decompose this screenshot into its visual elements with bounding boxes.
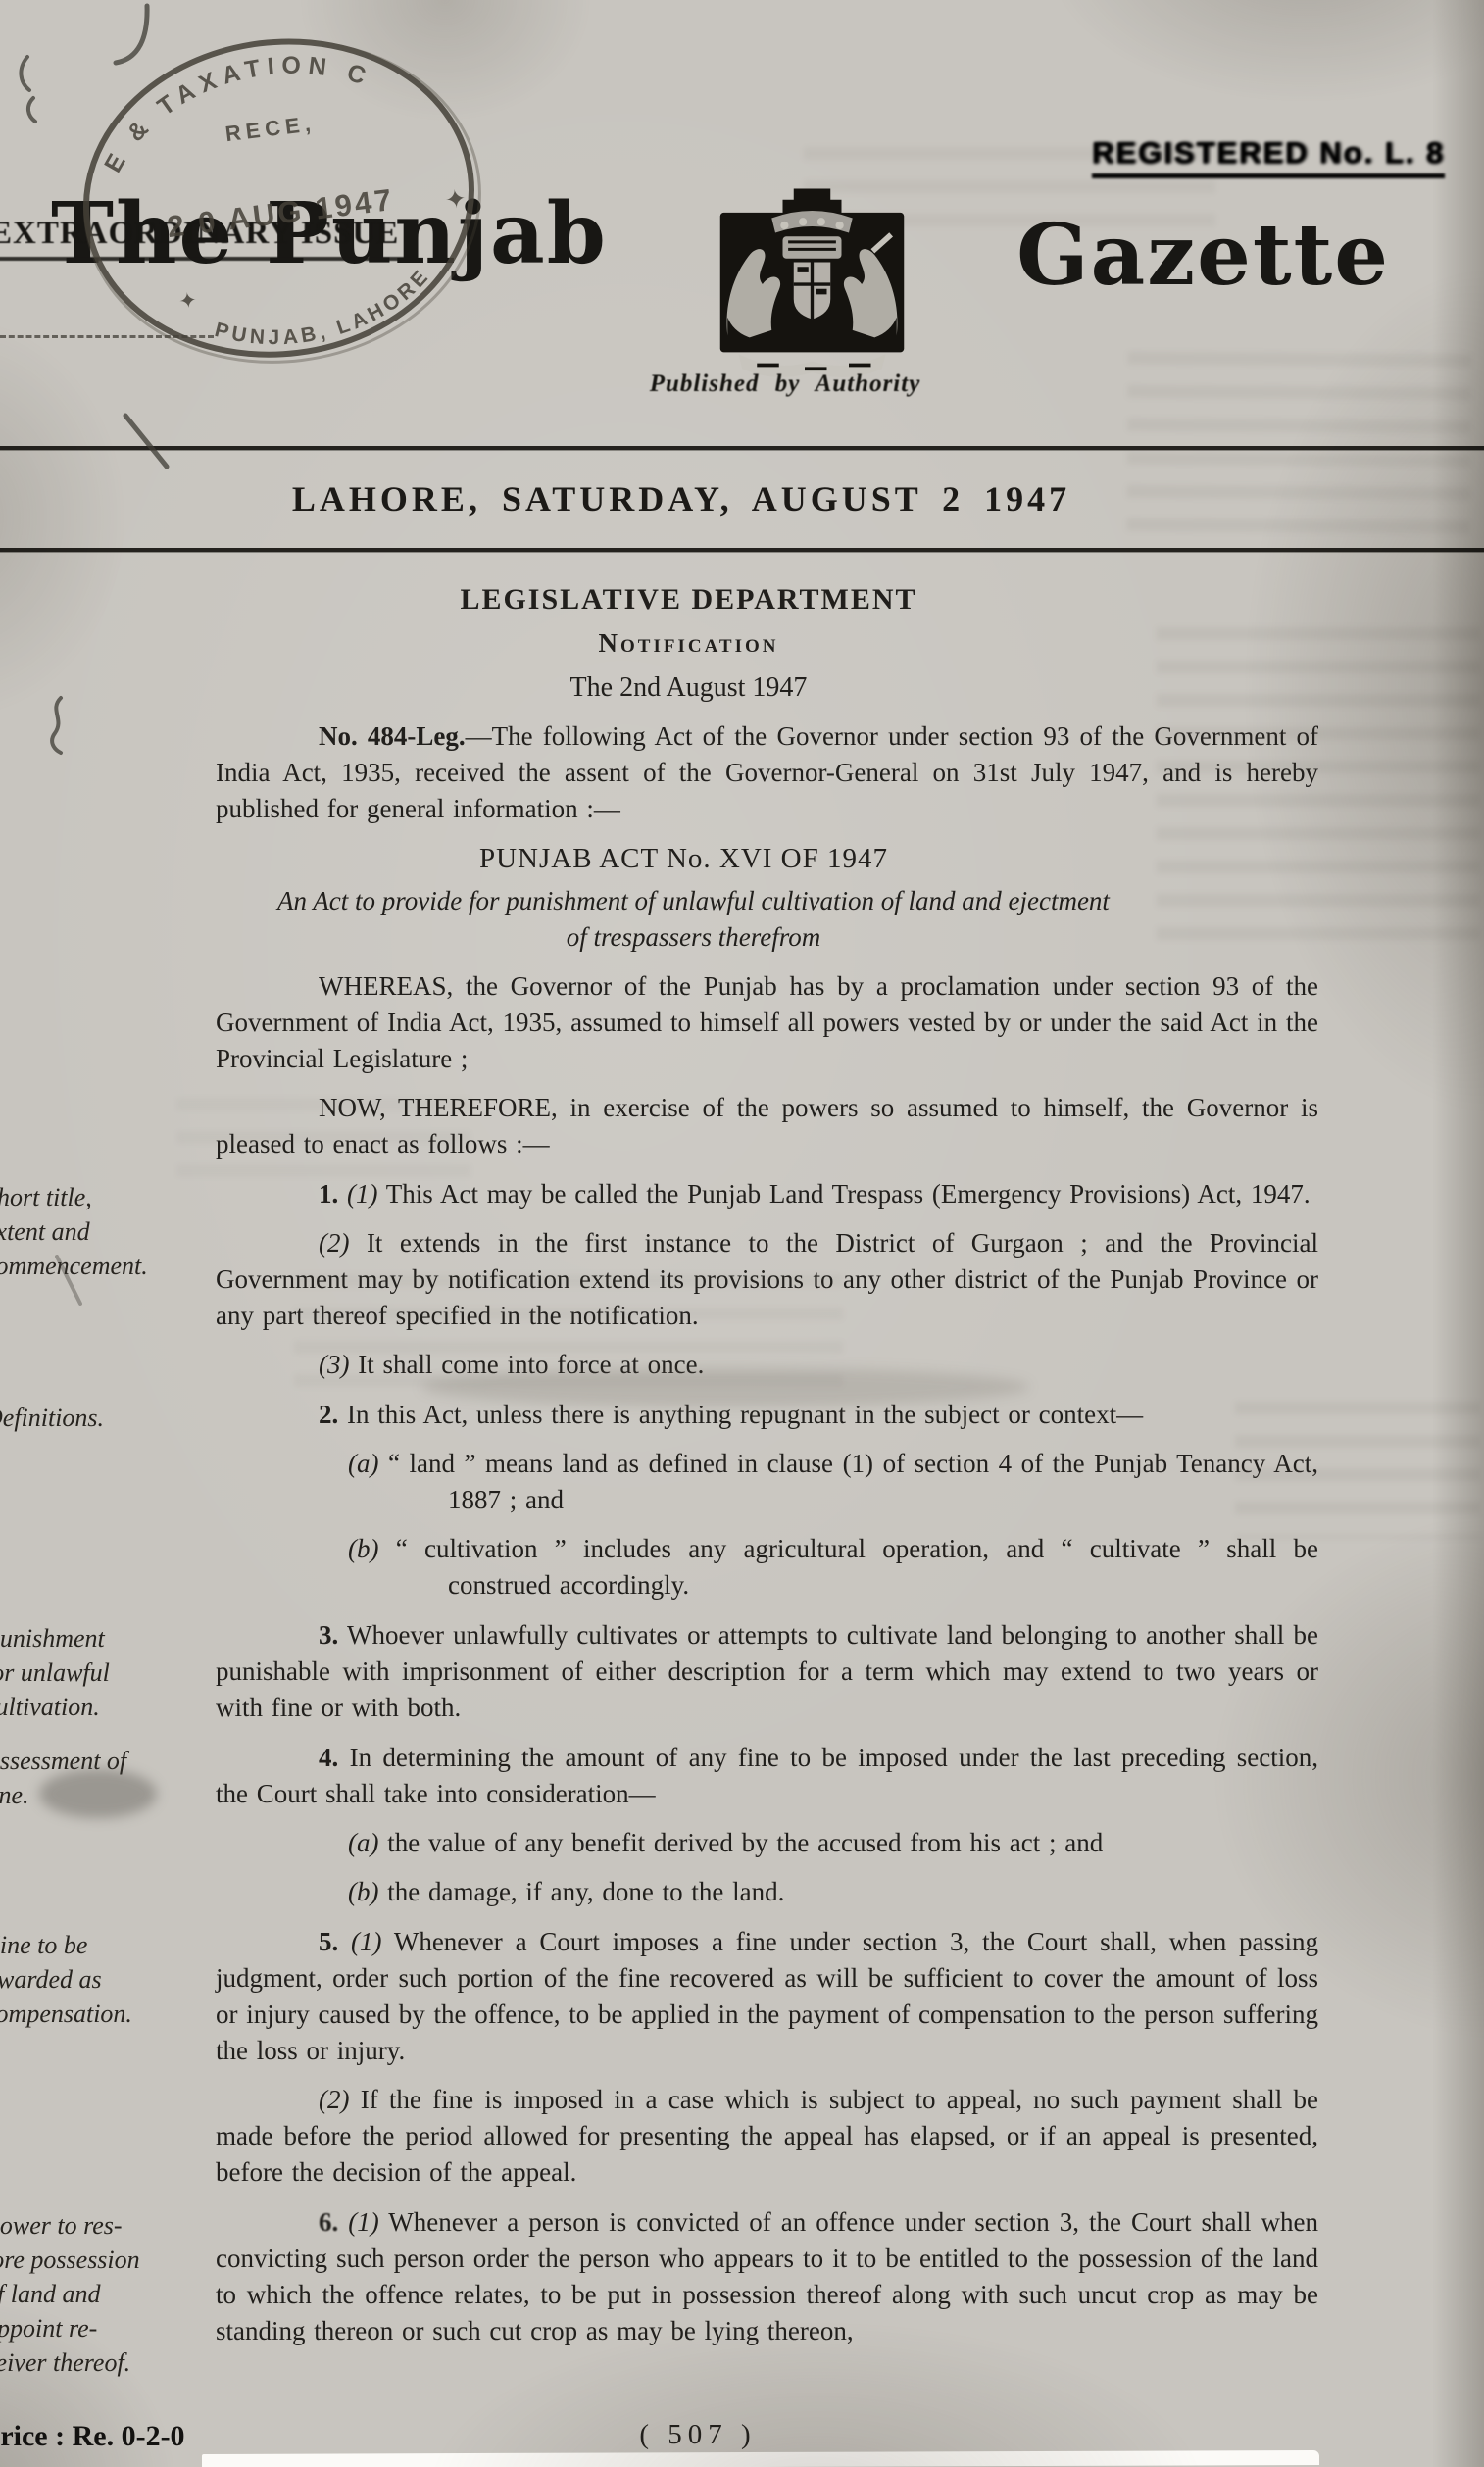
act-section-2: Definitions. 2. In this Act, unless ther… — [0, 1397, 1318, 1604]
margin-note-fine-compensation: Fine to be awarded as compensation. — [0, 1928, 198, 2031]
dateline-band: LAHORE, SATURDAY, AUGUST 2 1947 — [0, 450, 1484, 548]
margin-note-assessment: Assessment of fine. — [0, 1744, 198, 1812]
section-number: 2. — [319, 1400, 338, 1429]
notification-block: LEGISLATIVE DEPARTMENT Notification The … — [0, 575, 1318, 1162]
section-number: 1. — [319, 1179, 338, 1209]
royal-crest-icon — [702, 186, 922, 382]
act-long-title: An Act to provide for punishment of unla… — [216, 883, 1318, 956]
clause-b: (b) the damage, if any, done to the land… — [348, 1874, 1318, 1910]
notification-number: No. 484-Leg. — [319, 721, 466, 751]
section-text: This Act may be called the Punjab Land T… — [386, 1179, 1311, 1209]
section-paragraph: 3. Whoever unlawfully cultivates or atte… — [216, 1617, 1318, 1726]
section-paragraph: 2. In this Act, unless there is anything… — [216, 1397, 1318, 1433]
section-text: Whenever a person is convicted of an off… — [216, 2207, 1318, 2345]
svg-text:✦: ✦ — [443, 183, 468, 215]
section-paragraph: 6. (1) Whenever a person is convicted of… — [216, 2204, 1318, 2349]
section-number: 3. — [319, 1620, 338, 1650]
masthead-header: EXTRAORDINARY ISSUE REGISTERED No. L. 8 … — [0, 0, 1484, 446]
section-text: In this Act, unless there is anything re… — [347, 1400, 1143, 1429]
act-section-5: Fine to be awarded as compensation. 5. (… — [0, 1924, 1318, 2191]
act-section-6: Power to res- tore possession of land an… — [0, 2204, 1318, 2376]
preamble-whereas: WHEREAS, the Governor of the Punjab has … — [216, 968, 1318, 1077]
section-number: 4. — [319, 1743, 338, 1772]
masthead-title-right: Gazette — [1016, 214, 1390, 298]
section-paragraph: (2) If the fine is imposed in a case whi… — [216, 2082, 1318, 2191]
section-paragraph: 4. In determining the amount of any fine… — [216, 1740, 1318, 1812]
clause-text: “ cultivation ” includes any agricultura… — [396, 1534, 1318, 1600]
section-text: It extends in the first instance to the … — [216, 1228, 1318, 1330]
section-text: It shall come into force at once. — [358, 1350, 704, 1379]
page-number: ( 507 ) — [600, 2419, 796, 2451]
price-label: Price : Re. 0-2-0 — [0, 2420, 185, 2453]
section-paragraph: (3) It shall come into force at once. — [216, 1347, 1318, 1383]
department-heading: LEGISLATIVE DEPARTMENT — [216, 581, 1318, 617]
svg-text:RECE,: RECE, — [223, 111, 317, 146]
clause-a: (a) the value of any benefit derived by … — [348, 1825, 1318, 1861]
clause-letter: (a) — [348, 1828, 378, 1857]
section-number: 6. — [319, 2207, 338, 2237]
svg-text:E & TAXATION C: E & TAXATION C — [88, 40, 385, 180]
section-number: 5. — [319, 1927, 338, 1956]
registered-stamp: REGISTERED No. L. 8 — [1092, 135, 1445, 178]
svg-text:✦: ✦ — [177, 287, 198, 314]
act-body: LEGISLATIVE DEPARTMENT Notification The … — [0, 552, 1484, 2376]
subsection-number: (3) — [319, 1350, 349, 1379]
subsection-number: (2) — [319, 2085, 349, 2114]
margin-note-punishment: Punishment for unlawful cultivation. — [0, 1621, 198, 1724]
section-paragraph: 5. (1) Whenever a Court imposes a fine u… — [216, 1924, 1318, 2069]
section-text: In determining the amount of any fine to… — [216, 1743, 1318, 1808]
received-date-stamp: E & TAXATION C RECE, 2 0 AUG 1947 PUNJAB… — [40, 0, 518, 398]
notification-heading: Notification — [216, 625, 1318, 662]
section-text: If the fine is imposed in a case which i… — [216, 2085, 1318, 2187]
notification-date: The 2nd August 1947 — [216, 669, 1318, 706]
svg-text:2 0 AUG 1947: 2 0 AUG 1947 — [166, 182, 397, 244]
act-section-3: Punishment for unlawful cultivation. 3. … — [0, 1617, 1318, 1726]
subsection-number: (1) — [351, 1927, 381, 1956]
clause-b: (b) “ cultivation ” includes any agricul… — [348, 1531, 1318, 1604]
margin-note-definitions: Definitions. — [0, 1401, 198, 1435]
clause-text: the value of any benefit derived by the … — [387, 1828, 1103, 1857]
clause-a: (a) “ land ” means land as defined in cl… — [348, 1446, 1318, 1518]
act-section-4: Assessment of fine. 4. In determining th… — [0, 1740, 1318, 1910]
margin-note-short-title: Short title, extent and commencement. — [0, 1180, 198, 1283]
gazette-page: EXTRAORDINARY ISSUE REGISTERED No. L. 8 … — [0, 0, 1484, 2467]
clause-letter: (b) — [348, 1534, 378, 1563]
scan-edge-strip — [202, 2450, 1319, 2467]
clause-text: “ land ” means land as defined in clause… — [388, 1449, 1318, 1514]
section-text: Whoever unlawfully cultivates or attempt… — [216, 1620, 1318, 1722]
clause-text: the damage, if any, done to the land. — [387, 1877, 784, 1906]
section-paragraph: (2) It extends in the first instance to … — [216, 1225, 1318, 1334]
subsection-number: (2) — [319, 1228, 349, 1258]
dateline: LAHORE, SATURDAY, AUGUST 2 1947 — [292, 478, 1070, 519]
subsection-number: (1) — [348, 2207, 378, 2237]
clause-letter: (b) — [348, 1877, 378, 1906]
notification-paragraph: No. 484-Leg.—The following Act of the Go… — [216, 718, 1318, 827]
act-number-heading: PUNJAB ACT No. XVI OF 1947 — [216, 841, 1318, 877]
act-section-1: Short title, extent and commencement. 1.… — [0, 1176, 1318, 1383]
clause-letter: (a) — [348, 1449, 378, 1478]
preamble-now-therefore: NOW, THEREFORE, in exercise of the power… — [216, 1090, 1318, 1162]
section-paragraph: 1. (1) This Act may be called the Punjab… — [216, 1176, 1318, 1212]
subsection-number: (1) — [347, 1179, 377, 1209]
margin-note-restore-possession: Power to res- tore possession of land an… — [0, 2208, 198, 2380]
